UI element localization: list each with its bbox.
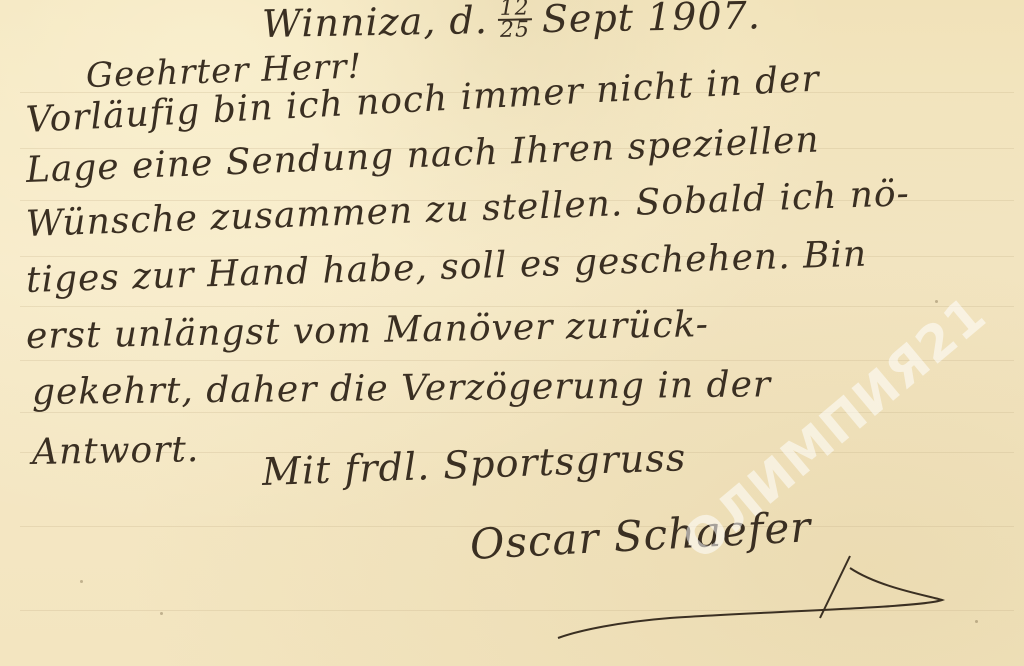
paper-speck (975, 620, 978, 623)
ruling-line (20, 360, 1014, 361)
place-name: Winniza, d. (262, 0, 489, 46)
postcard: Winniza, d. 12 25 Sept 1907. Geehrter He… (0, 0, 1024, 666)
watermark: ОЛИМПИЯ21 (671, 285, 997, 571)
body-line: tiges zur Hand habe, soll es geschehen. … (25, 234, 867, 301)
signature-flourish-icon (550, 548, 950, 648)
body-line: erst unlängst vom Manöver zurück- (26, 304, 710, 357)
body-line: gekehrt, daher die Verzögerung in der (32, 364, 772, 413)
closing-phrase: Mit frdl. Sportsgruss (261, 435, 687, 494)
paper-speck (80, 580, 83, 583)
body-line: Antwort. (32, 429, 200, 473)
date-fraction: 12 25 (497, 0, 532, 41)
date-line: Winniza, d. 12 25 Sept 1907. (262, 0, 762, 46)
paper-speck (160, 612, 163, 615)
month-year: Sept 1907. (541, 0, 761, 41)
date-denominator: 25 (500, 20, 530, 41)
